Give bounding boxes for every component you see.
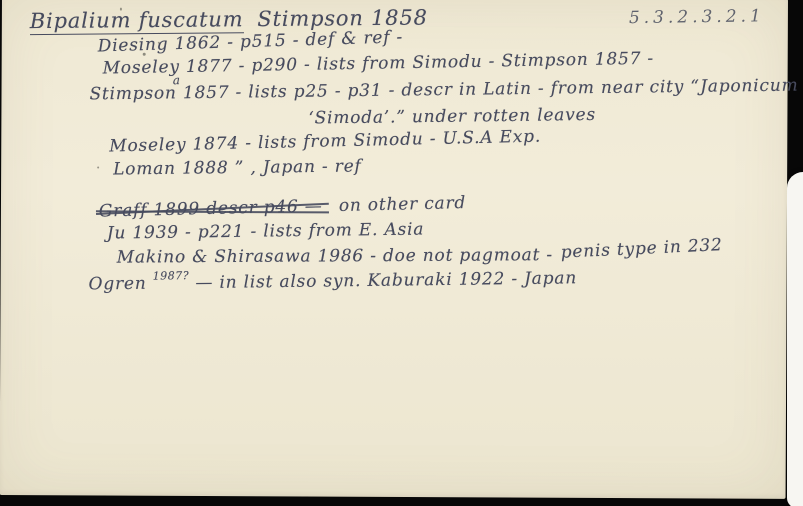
note-line-moseley-1874: Moseley 1874 - lists from Simodu - U.S.A… <box>109 127 541 157</box>
note-line-makino: Makino & Shirasawa 1986 - doe not pagmoa… <box>117 245 553 267</box>
dust-speck <box>143 53 146 56</box>
note-line-makino-tail: penis type in 232 <box>560 235 723 263</box>
note-line-ogren: Ogren 1987? — in list also syn. Kaburaki… <box>88 264 577 294</box>
note-text: — in list also syn. Kaburaki 1922 - Japa… <box>195 268 577 293</box>
note-line-stimpson-1857: Stimpson 1857 - lists p25 - p31 - descr … <box>89 76 798 105</box>
note-text: Ogren <box>88 274 146 295</box>
dust-speck <box>120 8 122 11</box>
note-line-loman: Loman 1888 ” , Japan - ref <box>113 156 362 179</box>
superscript-year: 1987? <box>153 269 190 282</box>
dust-speck <box>97 166 99 168</box>
crossed-out-text: Graff 1899 descr p46 — <box>99 196 323 221</box>
dust-speck <box>158 42 160 44</box>
scanned-card-photo: Bipalium fuscatumStimpson 1858 5.3.2.3.2… <box>0 0 803 506</box>
note-line-simoda: ‘Simoda’.” under rotten leaves <box>308 105 596 129</box>
note-line-ju-1939: Ju 1939 - p221 - lists from E. Asia <box>107 220 425 244</box>
catalog-number: 5.3.2.3.2.1 <box>629 6 765 28</box>
index-card: Bipalium fuscatumStimpson 1858 5.3.2.3.2… <box>0 0 788 499</box>
species-name-underlined: Bipalium fuscatum <box>30 7 244 35</box>
note-text-after-strike: on other card <box>339 193 467 216</box>
underlying-card-edge <box>787 172 803 506</box>
note-line-graff: Graff 1899 descr p46 — on other card <box>99 193 467 221</box>
